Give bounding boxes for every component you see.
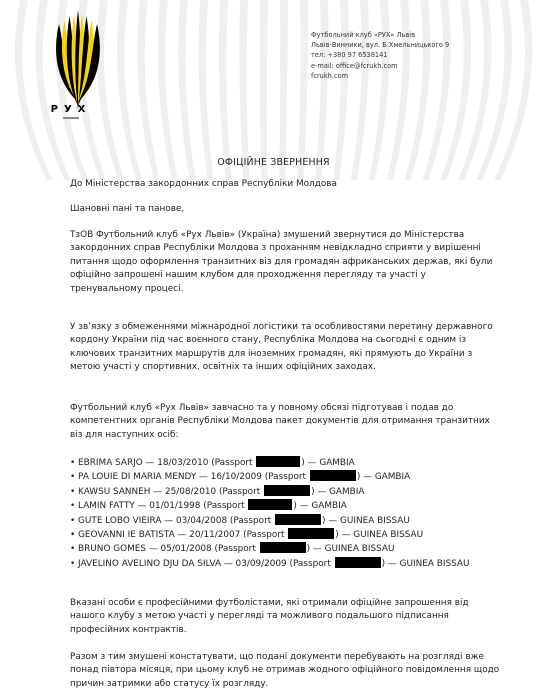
paragraph-context: У зв’язку з обмеженнями міжнародної логі… [70,321,500,375]
redacted-passport-number [248,499,292,510]
club-phone: тел: +380 97 6538141 [311,50,449,60]
addressee: До Міністерства закордонних справ Респуб… [70,178,500,191]
person-list-item: • LAMIN FATTY — 01/01/1998 (Passport ) —… [70,499,510,513]
person-list-item: • JAVELINO AVELINO DJU DA SILVA — 03/09/… [70,557,490,571]
person-details: • GEOVANNI IE BATISTA — 20/11/2007 (Pass… [70,530,287,540]
club-logo-subtext [63,117,79,119]
paragraph-request: ТзОВ Футбольний клуб «Рух Львів» (Україн… [70,229,500,296]
person-country: ) — GUINEA BISSAU [307,544,395,554]
person-details: • PA LOUIE DI MARIA MENDY — 16/10/2009 (… [70,472,309,482]
persons-list: • EBRIMA SARJO — 18/03/2010 (Passport ) … [70,456,510,571]
redacted-passport-number [260,542,306,553]
redacted-passport-number [275,514,321,525]
person-details: • LAMIN FATTY — 01/01/1998 (Passport [70,501,247,511]
person-details: • JAVELINO AVELINO DJU DA SILVA — 03/09/… [70,559,334,569]
club-name: Футбольний клуб «РУХ» Львів [311,30,449,40]
person-list-item: • GEOVANNI IE BATISTA — 20/11/2007 (Pass… [70,528,510,542]
club-website: fcrukh.com [311,71,449,81]
person-list-item: • GUTE LOBO VIEIRA — 03/04/2008 (Passpor… [70,514,510,528]
person-list-item: • EBRIMA SARJO — 18/03/2010 (Passport ) … [70,456,510,470]
person-country: ) — GAMBIA [357,472,410,482]
person-details: • KAWSU SANNEH — 25/08/2010 (Passport [70,487,263,497]
person-country: ) — GUINEA BISSAU [382,559,470,569]
redacted-passport-number [256,456,300,467]
person-details: • EBRIMA SARJO — 18/03/2010 (Passport [70,458,255,468]
letterhead-contacts: Футбольний клуб «РУХ» Львів Львів-Винник… [311,30,449,81]
person-details: • GUTE LOBO VIEIRA — 03/04/2008 (Passpor… [70,516,274,526]
document-title: ОФІЦІЙНЕ ЗВЕРНЕННЯ [0,157,547,168]
paragraph-players: Вказані особи є професійними футболістам… [70,597,500,637]
person-country: ) — GAMBIA [311,487,364,497]
person-list-item: • BRUNO GOMES — 05/01/2008 (Passport ) —… [70,542,510,556]
person-list-item: • KAWSU SANNEH — 25/08/2010 (Passport ) … [70,485,510,499]
paragraph-submission: Футбольний клуб «Рух Львів» завчасно та … [70,402,500,442]
redacted-passport-number [288,528,334,539]
club-address: Львів-Винники, вул. Б.Хмельницького 9 [311,40,449,50]
person-country: ) — GUINEA BISSAU [335,530,423,540]
salutation: Шановні пані та панове, [70,203,500,216]
club-logo-wordmark: РУХ [38,104,104,115]
person-country: ) — GUINEA BISSAU [322,516,410,526]
redacted-passport-number [264,485,310,496]
person-details: • BRUNO GOMES — 05/01/2008 (Passport [70,544,259,554]
club-email: e-mail: office@fcrukh.com [311,61,449,71]
person-list-item: • PA LOUIE DI MARIA MENDY — 16/10/2009 (… [70,470,510,484]
redacted-passport-number [335,557,381,568]
redacted-passport-number [310,470,356,481]
person-country: ) — GAMBIA [301,458,354,468]
paragraph-delay: Разом з тим змушені констатувати, що под… [70,651,500,691]
person-country: ) — GAMBIA [293,501,346,511]
